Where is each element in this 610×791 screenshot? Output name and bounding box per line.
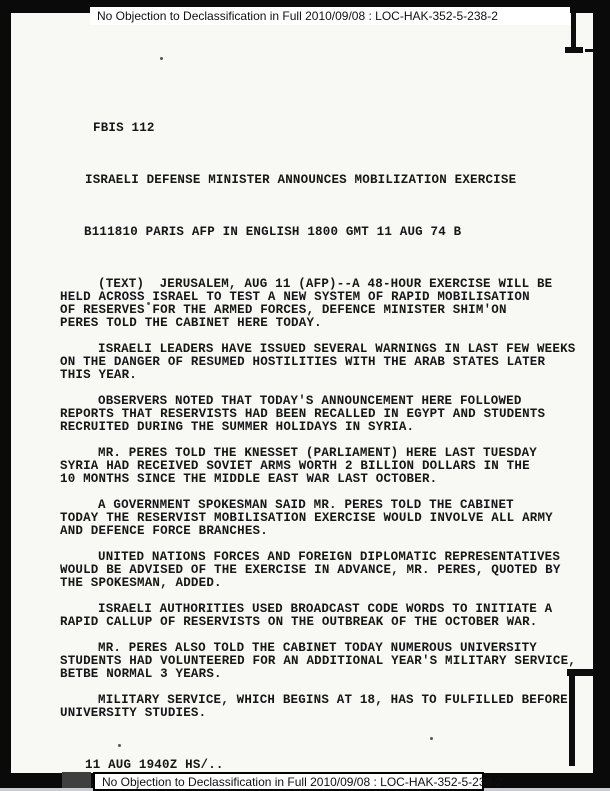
doc-signoff: 11 AUG 1940Z HS/.. — [85, 759, 590, 772]
doc-paragraphs: (TEXT) JERUSALEM, AUG 11 (AFP)--A 48-HOU… — [60, 278, 590, 720]
top-banner-text: No Objection to Declassification in Full… — [97, 9, 498, 23]
scan-noise-dot — [118, 744, 121, 747]
doc-paragraph: MR. PERES TOLD THE KNESSET (PARLIAMENT) … — [60, 447, 590, 486]
doc-dateline: B111810 PARIS AFP IN ENGLISH 1800 GMT 11… — [84, 226, 590, 239]
doc-id: FBIS 112 — [93, 122, 590, 135]
document-body: FBIS 112 ISRAELI DEFENSE MINISTER ANNOUN… — [60, 96, 590, 785]
corner-mark-bottom-right-vertical — [569, 671, 575, 766]
paragraph-line: UNIVERSITY STUDIES. — [60, 707, 590, 720]
scan-noise-dot — [430, 737, 433, 740]
doc-title: ISRAELI DEFENSE MINISTER ANNOUNCES MOBIL… — [85, 174, 590, 187]
doc-paragraph: UNITED NATIONS FORCES AND FOREIGN DIPLOM… — [60, 551, 590, 590]
scan-noise-dot — [147, 302, 150, 305]
paragraph-line: THIS YEAR. — [60, 369, 590, 382]
corner-mark-top-right-vertical — [571, 13, 576, 51]
paragraph-line: PERES TOLD THE CABINET HERE TODAY. — [60, 317, 590, 330]
scan-noise-dot — [160, 57, 163, 60]
doc-paragraph: A GOVERNMENT SPOKESMAN SAID MR. PERES TO… — [60, 499, 590, 538]
doc-paragraph: (TEXT) JERUSALEM, AUG 11 (AFP)--A 48-HOU… — [60, 278, 590, 330]
bottom-banner-text: No Objection to Declassification in Full… — [102, 775, 503, 789]
corner-mark-top-right-horizontal — [565, 47, 583, 53]
paragraph-line: AND DEFENCE FORCE BRANCHES. — [60, 525, 590, 538]
bottom-declassification-banner: No Objection to Declassification in Full… — [93, 772, 484, 791]
paragraph-line: BETBE NORMAL 3 YEARS. — [60, 668, 590, 681]
paragraph-line: ON THE DANGER OF RESUMED HOSTILITIES WIT… — [60, 356, 590, 369]
doc-paragraph: MILITARY SERVICE, WHICH BEGINS AT 18, HA… — [60, 694, 590, 720]
paragraph-line: THE SPOKESMAN, ADDED. — [60, 577, 590, 590]
doc-paragraph: ISRAELI LEADERS HAVE ISSUED SEVERAL WARN… — [60, 343, 590, 382]
paragraph-line: RECRUITED DURING THE SUMMER HOLIDAYS IN … — [60, 421, 590, 434]
doc-paragraph: OBSERVERS NOTED THAT TODAY'S ANNOUNCEMEN… — [60, 395, 590, 434]
doc-paragraph: ISRAELI AUTHORITIES USED BROADCAST CODE … — [60, 603, 590, 629]
corner-mark-top-right-dash — [585, 49, 593, 52]
doc-paragraph: MR. PERES ALSO TOLD THE CABINET TODAY NU… — [60, 642, 590, 681]
top-declassification-banner: No Objection to Declassification in Full… — [90, 7, 570, 25]
paragraph-line: RAPID CALLUP OF RESERVISTS ON THE OUTBRE… — [60, 616, 590, 629]
paragraph-line: 10 MONTHS SINCE THE MIDDLE EAST WAR LAST… — [60, 473, 590, 486]
scan-smudge — [62, 772, 91, 788]
